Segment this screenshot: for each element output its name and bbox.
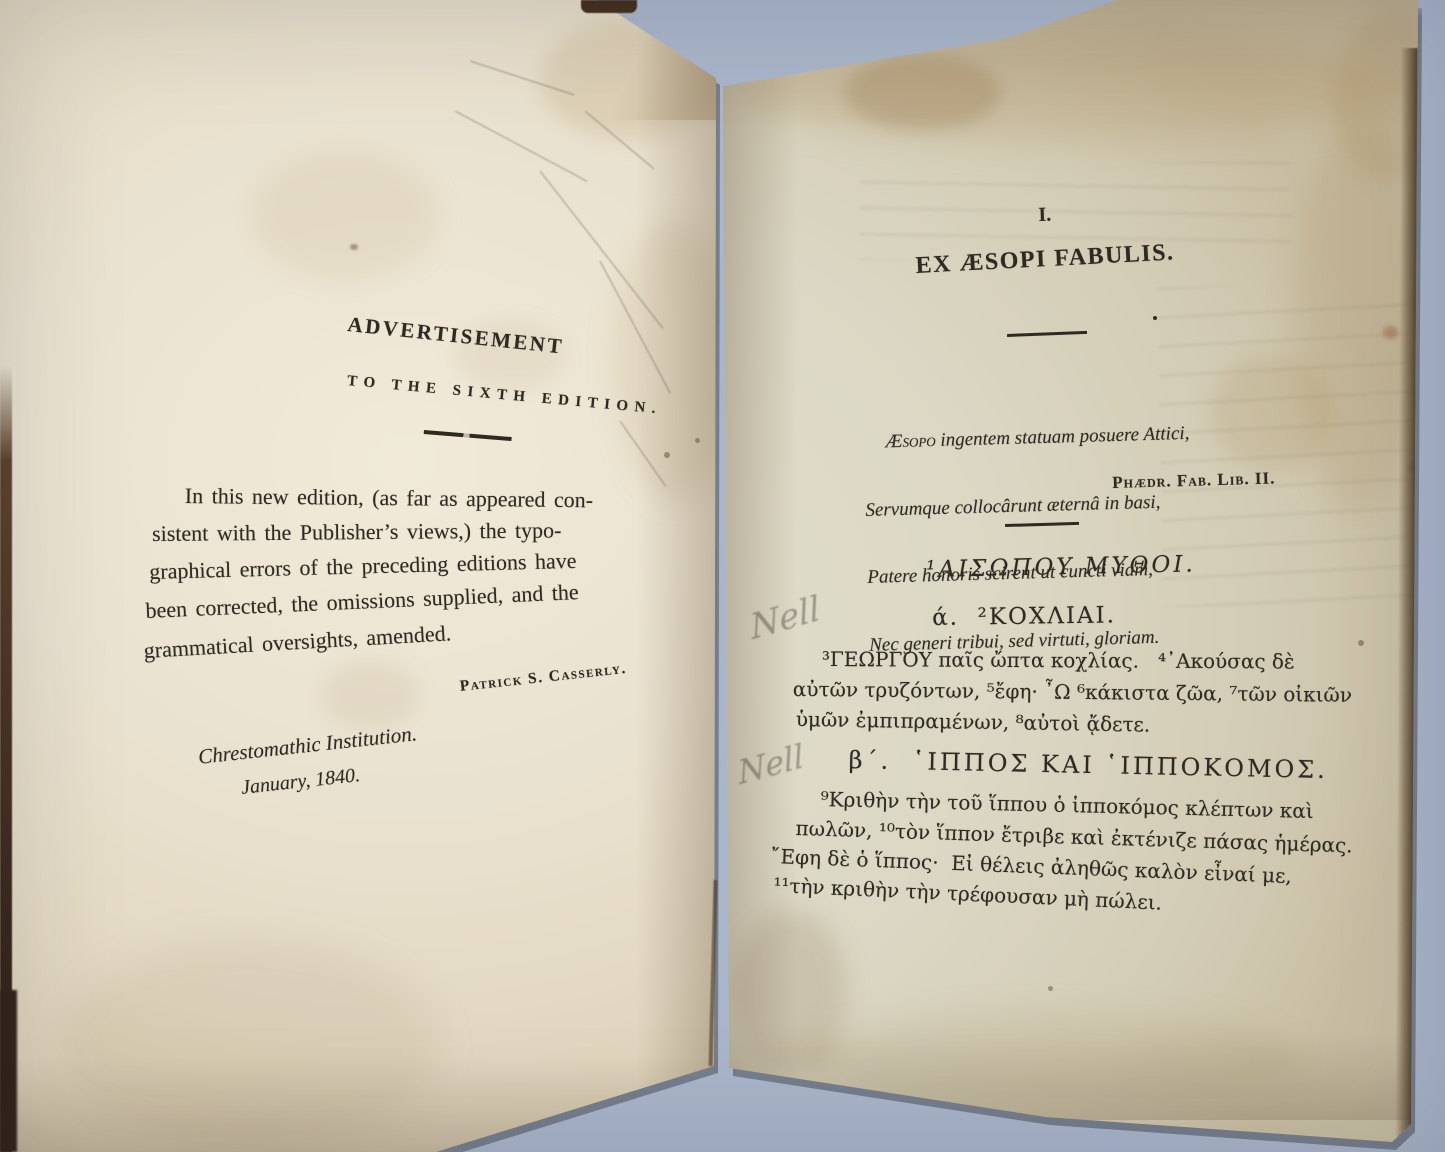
stain (845, 55, 1000, 130)
paragraph-line: grammatical oversights, amended. (143, 620, 452, 664)
ink-speck (1048, 986, 1053, 991)
ink-speck (350, 244, 358, 250)
stain (1295, 120, 1420, 510)
verse-line: Servumque collocârunt æternâ in basi, (865, 490, 1191, 522)
verse-attribution: Phædr. Fab. Lib. II. (1112, 468, 1276, 493)
institution-line: Chrestomathic Institution. (197, 721, 418, 770)
paragraph-line: sistent with the Publisher’s views,) the… (152, 517, 562, 547)
ink-speck (695, 438, 700, 443)
pencil-scribble (470, 60, 575, 96)
book-photo: ADVERTISEMENT TO THE SIXTH EDITION. In t… (0, 0, 1445, 1152)
advertisement-title: ADVERTISEMENT (346, 312, 565, 360)
stain (320, 660, 420, 730)
section-number: I. (1038, 204, 1052, 227)
bottom-edge-shadow (729, 1032, 1419, 1120)
greek-text-line: αὐτῶν τρυζόντων, ⁵ἔφη· ῏Ω ⁶κάκιστα ζῶα, … (793, 677, 1352, 707)
verse-line-rest: ingentem statuam posuere Attici, (935, 423, 1189, 451)
paragraph-line: In this new edition, (as far as appeared… (185, 483, 593, 513)
stain (1383, 326, 1398, 339)
pencil-scribble (539, 170, 664, 329)
signature: Patrick S. Casserly. (459, 660, 628, 696)
pencil-annotation: Nell (748, 588, 822, 648)
corner-shadow (580, 0, 730, 120)
pencil-scribble (455, 110, 588, 182)
stain (250, 150, 440, 280)
show-through-text (1157, 283, 1418, 607)
greek-text-line: ὑμῶν ἐμπιπραμένων, ⁸αὐτοὶ ᾄδετε. (796, 707, 1151, 737)
stain (1335, 15, 1440, 180)
greek-text-line: ⁹Κριθὴν τὴν τοῦ ἵππου ὁ ἱπποκόμος κλέπτω… (820, 787, 1314, 823)
stain (1210, 355, 1335, 470)
stain (540, 20, 720, 140)
book-cover-edge (0, 366, 12, 1152)
ink-speck (719, 1032, 726, 1039)
gutter-shadow (722, 0, 798, 1152)
divider-rule (424, 430, 512, 441)
ink-speck (1358, 640, 1364, 646)
section-title: EX ÆSOPI FABULIS. (915, 239, 1175, 280)
fable2-heading: β΄. ῾ΙΠΠΟΣ ΚΑΙ ῾ΙΠΠΟΚΟΜΟΣ. (848, 746, 1328, 784)
pencil-annotation: Nell (736, 737, 806, 793)
stain (60, 940, 440, 1150)
greek-text-line: ³ΓΕΩΡΓΟΥ παῖς ὤπτα κοχλίας. ⁴᾿Ακούσας δὲ (822, 647, 1295, 673)
stain (740, 30, 1400, 145)
date-line: January, 1840. (240, 764, 361, 800)
verse-line: Æsopo ingentem statuam posuere Attici, (863, 423, 1189, 455)
divider-rule (1007, 331, 1087, 337)
top-edge-shadow (722, 0, 1422, 130)
ink-dot (1153, 316, 1157, 320)
ink-speck (664, 452, 670, 458)
pencil-scribble (584, 110, 654, 169)
verse-lead-word: Æsopo (885, 430, 936, 452)
stain (732, 910, 847, 1075)
gutter-shadow (636, 0, 720, 1152)
paragraph-line: graphical errors of the preceding editio… (149, 548, 577, 585)
paragraph-line: been corrected, the omissions supplied, … (145, 579, 579, 624)
edition-subtitle: TO THE SIXTH EDITION. (346, 373, 662, 419)
fable1-heading: ά. ²ΚΟΧΛΙΑΙ. (932, 602, 1116, 631)
pencil-scribble (619, 420, 667, 487)
book-cover-edge (0, 990, 17, 1152)
